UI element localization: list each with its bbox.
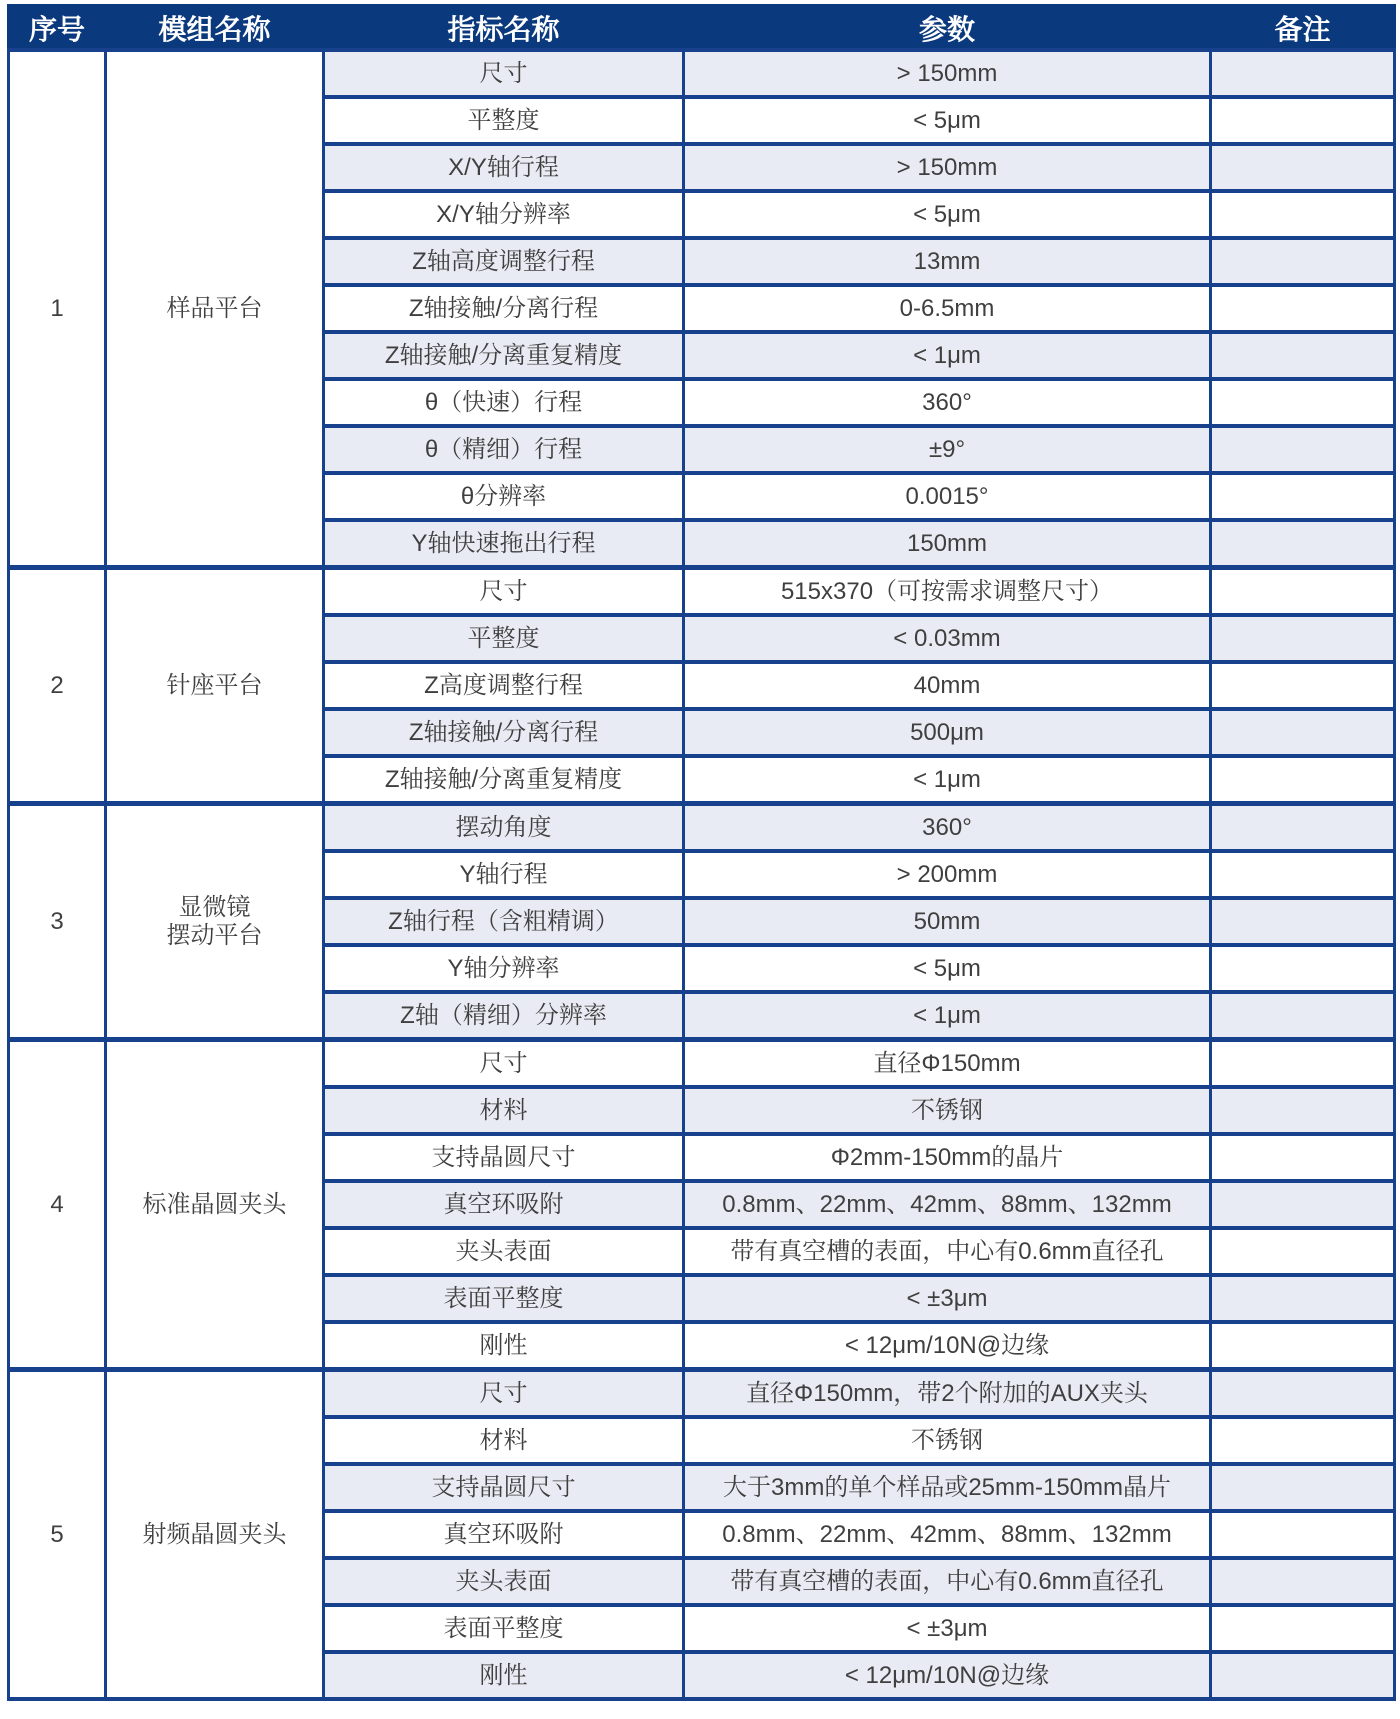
indicator-cell: X/Y轴行程 <box>324 144 684 191</box>
remark-cell <box>1211 851 1395 898</box>
remark-cell <box>1211 945 1395 992</box>
indicator-cell: 材料 <box>324 1417 684 1464</box>
indicator-cell: θ（精细）行程 <box>324 426 684 473</box>
indicator-cell: Z高度调整行程 <box>324 662 684 709</box>
indicator-cell: 尺寸 <box>324 1370 684 1418</box>
section-module-name: 射频晶圆夹头 <box>106 1370 324 1700</box>
parameter-cell: 360° <box>684 379 1211 426</box>
table-row: 5射频晶圆夹头尺寸直径Φ150mm，带2个附加的AUX夹头 <box>9 1370 1395 1418</box>
parameter-cell: 0.0015° <box>684 473 1211 520</box>
section-index: 1 <box>9 50 106 568</box>
remark-cell <box>1211 615 1395 662</box>
remark-cell <box>1211 1228 1395 1275</box>
remark-cell <box>1211 568 1395 616</box>
indicator-cell: 平整度 <box>324 615 684 662</box>
parameter-cell: < 5μm <box>684 97 1211 144</box>
indicator-cell: 材料 <box>324 1087 684 1134</box>
remark-cell <box>1211 1605 1395 1652</box>
remark-cell <box>1211 1464 1395 1511</box>
remark-cell <box>1211 191 1395 238</box>
remark-cell <box>1211 238 1395 285</box>
parameter-cell: 带有真空槽的表面，中心有0.6mm直径孔 <box>684 1558 1211 1605</box>
parameter-cell: < 1μm <box>684 756 1211 804</box>
indicator-cell: 尺寸 <box>324 568 684 616</box>
parameter-cell: 515x370（可按需求调整尺寸） <box>684 568 1211 616</box>
remark-cell <box>1211 1652 1395 1699</box>
parameter-cell: < 1μm <box>684 332 1211 379</box>
remark-cell <box>1211 662 1395 709</box>
page: 序号 模组名称 指标名称 参数 备注 1样品平台尺寸> 150mm平整度< 5μ… <box>0 0 1400 1719</box>
section-index: 2 <box>9 568 106 804</box>
indicator-cell: θ（快速）行程 <box>324 379 684 426</box>
header-row: 序号 模组名称 指标名称 参数 备注 <box>9 6 1395 50</box>
parameter-cell: 带有真空槽的表面，中心有0.6mm直径孔 <box>684 1228 1211 1275</box>
indicator-cell: Y轴行程 <box>324 851 684 898</box>
parameter-cell: < 5μm <box>684 191 1211 238</box>
remark-cell <box>1211 1370 1395 1418</box>
parameter-cell: 不锈钢 <box>684 1087 1211 1134</box>
indicator-cell: Y轴快速拖出行程 <box>324 520 684 568</box>
column-header-parameter: 参数 <box>684 6 1211 50</box>
parameter-cell: ±9° <box>684 426 1211 473</box>
indicator-cell: θ分辨率 <box>324 473 684 520</box>
remark-cell <box>1211 332 1395 379</box>
parameter-cell: 500μm <box>684 709 1211 756</box>
parameter-cell: < 12μm/10N@边缘 <box>684 1322 1211 1370</box>
remark-cell <box>1211 756 1395 804</box>
parameter-cell: 13mm <box>684 238 1211 285</box>
remark-cell <box>1211 992 1395 1040</box>
parameter-cell: 直径Φ150mm <box>684 1040 1211 1088</box>
parameter-cell: 50mm <box>684 898 1211 945</box>
indicator-cell: 真空环吸附 <box>324 1181 684 1228</box>
remark-cell <box>1211 1275 1395 1322</box>
indicator-cell: Z轴行程（含粗精调） <box>324 898 684 945</box>
indicator-cell: 尺寸 <box>324 1040 684 1088</box>
remark-cell <box>1211 1040 1395 1088</box>
parameter-cell: 大于3mm的单个样品或25mm-150mm晶片 <box>684 1464 1211 1511</box>
indicator-cell: X/Y轴分辨率 <box>324 191 684 238</box>
table-row: 1样品平台尺寸> 150mm <box>9 50 1395 97</box>
remark-cell <box>1211 520 1395 568</box>
remark-cell <box>1211 1558 1395 1605</box>
parameter-cell: < ±3μm <box>684 1605 1211 1652</box>
indicator-cell: 支持晶圆尺寸 <box>324 1134 684 1181</box>
parameter-cell: > 200mm <box>684 851 1211 898</box>
remark-cell <box>1211 898 1395 945</box>
remark-cell <box>1211 709 1395 756</box>
parameter-cell: 0-6.5mm <box>684 285 1211 332</box>
indicator-cell: 摆动角度 <box>324 804 684 852</box>
indicator-cell: 平整度 <box>324 97 684 144</box>
indicator-cell: Z轴（精细）分辨率 <box>324 992 684 1040</box>
spec-table: 序号 模组名称 指标名称 参数 备注 1样品平台尺寸> 150mm平整度< 5μ… <box>7 4 1396 1701</box>
parameter-cell: 不锈钢 <box>684 1417 1211 1464</box>
indicator-cell: 表面平整度 <box>324 1605 684 1652</box>
section-module-name: 针座平台 <box>106 568 324 804</box>
remark-cell <box>1211 1087 1395 1134</box>
spec-table-header: 序号 模组名称 指标名称 参数 备注 <box>9 6 1395 50</box>
parameter-cell: 0.8mm、22mm、42mm、88mm、132mm <box>684 1181 1211 1228</box>
parameter-cell: 360° <box>684 804 1211 852</box>
section-index: 5 <box>9 1370 106 1700</box>
parameter-cell: > 150mm <box>684 144 1211 191</box>
indicator-cell: 支持晶圆尺寸 <box>324 1464 684 1511</box>
parameter-cell: 0.8mm、22mm、42mm、88mm、132mm <box>684 1511 1211 1558</box>
parameter-cell: > 150mm <box>684 50 1211 97</box>
indicator-cell: 真空环吸附 <box>324 1511 684 1558</box>
column-header-remark: 备注 <box>1211 6 1395 50</box>
indicator-cell: 夹头表面 <box>324 1228 684 1275</box>
parameter-cell: < ±3μm <box>684 1275 1211 1322</box>
parameter-cell: < 0.03mm <box>684 615 1211 662</box>
table-row: 2针座平台尺寸515x370（可按需求调整尺寸） <box>9 568 1395 616</box>
section-index: 4 <box>9 1040 106 1370</box>
remark-cell <box>1211 804 1395 852</box>
parameter-cell: < 5μm <box>684 945 1211 992</box>
indicator-cell: Y轴分辨率 <box>324 945 684 992</box>
indicator-cell: 刚性 <box>324 1652 684 1699</box>
indicator-cell: 尺寸 <box>324 50 684 97</box>
remark-cell <box>1211 379 1395 426</box>
parameter-cell: 40mm <box>684 662 1211 709</box>
table-row: 3显微镜 摆动平台摆动角度360° <box>9 804 1395 852</box>
remark-cell <box>1211 1181 1395 1228</box>
remark-cell <box>1211 144 1395 191</box>
parameter-cell: < 1μm <box>684 992 1211 1040</box>
indicator-cell: Z轴高度调整行程 <box>324 238 684 285</box>
column-header-index: 序号 <box>9 6 106 50</box>
table-row: 4标准晶圆夹头尺寸直径Φ150mm <box>9 1040 1395 1088</box>
remark-cell <box>1211 50 1395 97</box>
remark-cell <box>1211 1134 1395 1181</box>
remark-cell <box>1211 426 1395 473</box>
spec-table-body: 1样品平台尺寸> 150mm平整度< 5μmX/Y轴行程> 150mmX/Y轴分… <box>9 50 1395 1699</box>
remark-cell <box>1211 473 1395 520</box>
indicator-cell: 刚性 <box>324 1322 684 1370</box>
indicator-cell: Z轴接触/分离重复精度 <box>324 756 684 804</box>
remark-cell <box>1211 97 1395 144</box>
indicator-cell: 夹头表面 <box>324 1558 684 1605</box>
indicator-cell: Z轴接触/分离重复精度 <box>324 332 684 379</box>
parameter-cell: 150mm <box>684 520 1211 568</box>
column-header-indicator: 指标名称 <box>324 6 684 50</box>
section-module-name: 标准晶圆夹头 <box>106 1040 324 1370</box>
indicator-cell: 表面平整度 <box>324 1275 684 1322</box>
indicator-cell: Z轴接触/分离行程 <box>324 709 684 756</box>
remark-cell <box>1211 1322 1395 1370</box>
remark-cell <box>1211 285 1395 332</box>
column-header-module: 模组名称 <box>106 6 324 50</box>
parameter-cell: 直径Φ150mm，带2个附加的AUX夹头 <box>684 1370 1211 1418</box>
indicator-cell: Z轴接触/分离行程 <box>324 285 684 332</box>
section-module-name: 显微镜 摆动平台 <box>106 804 324 1040</box>
section-module-name: 样品平台 <box>106 50 324 568</box>
parameter-cell: < 12μm/10N@边缘 <box>684 1652 1211 1699</box>
section-index: 3 <box>9 804 106 1040</box>
remark-cell <box>1211 1417 1395 1464</box>
remark-cell <box>1211 1511 1395 1558</box>
parameter-cell: Φ2mm-150mm的晶片 <box>684 1134 1211 1181</box>
